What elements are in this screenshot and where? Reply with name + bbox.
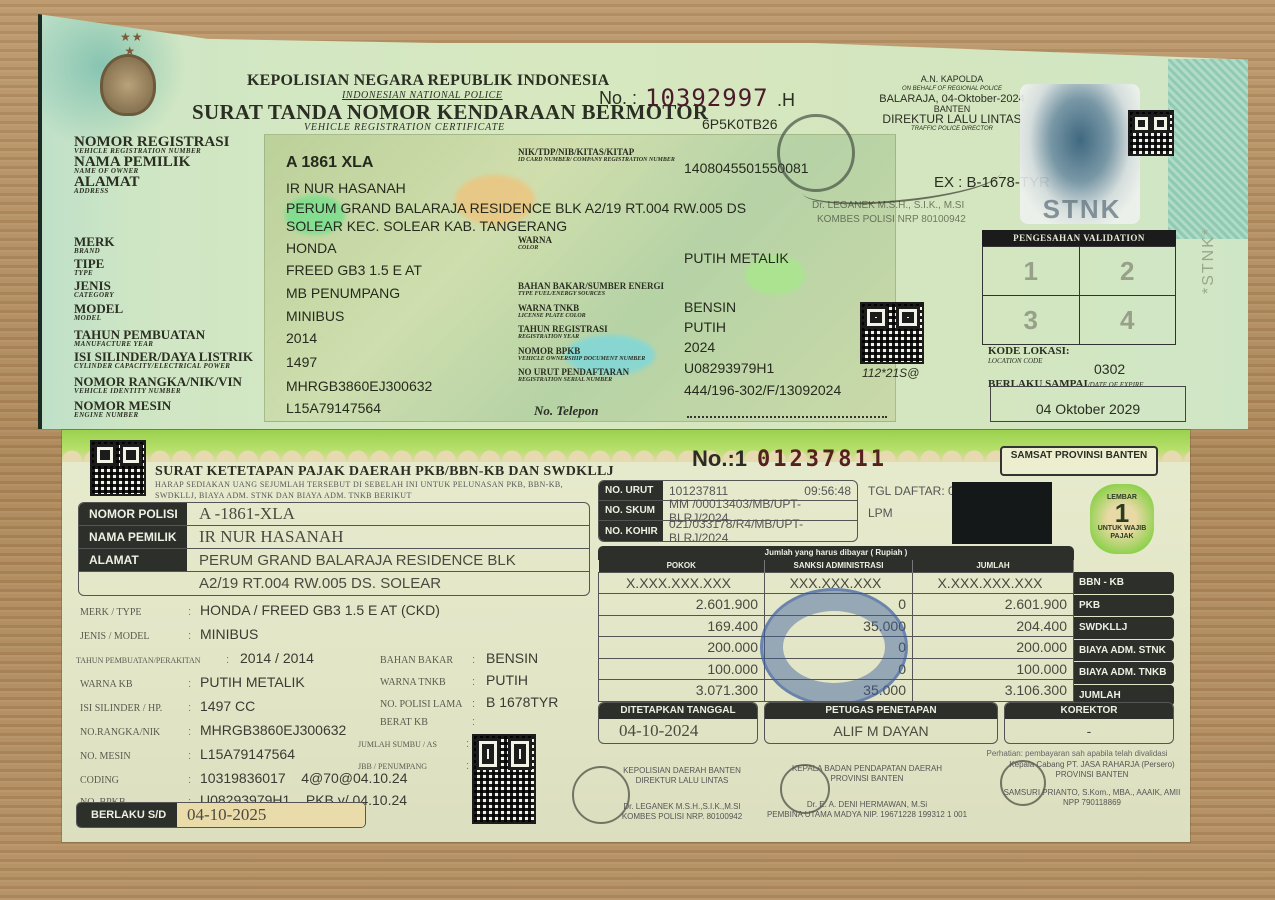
address-line-2: SOLEAR KEC. SOLEAR KAB. TANGERANG bbox=[286, 218, 567, 234]
label-id-number-en: ID CARD NUMBER/ COMPANY REGISTRATION NUM… bbox=[518, 157, 675, 163]
address-label: ALAMAT bbox=[79, 549, 187, 571]
validation-notice: Perhatian: pembayaran sah apabila telah … bbox=[967, 748, 1187, 759]
label-bpkb: NOMOR BPKBVEHICLE OWNERSHIP DOCUMENT NUM… bbox=[518, 347, 645, 362]
table-row: NOMOR POLISIA -1861-XLA bbox=[79, 503, 589, 526]
info-value: 1497 CC bbox=[200, 698, 255, 714]
info-row: BAHAN BAKAR:BENSIN bbox=[380, 650, 538, 666]
table-row: A2/19 RT.004 RW.005 DS. SOLEAR bbox=[79, 572, 589, 595]
phone-label: No. Telepon bbox=[534, 403, 599, 419]
info-value: BENSIN bbox=[486, 650, 538, 666]
amount-pokok: X.XXX.XXX.XXX bbox=[599, 572, 765, 594]
validation-cell: 2 bbox=[1080, 247, 1177, 296]
valid-until-value: 04-10-2025 bbox=[177, 803, 365, 827]
signer-nrp: KOMBES POLISI NRP 80100942 bbox=[817, 214, 966, 225]
label-fuel-text: BAHAN BAKAR/SUMBER ENERGI bbox=[518, 282, 664, 291]
valid-until-label: BERLAKU S/D bbox=[77, 803, 177, 827]
info-row: BERAT KB: bbox=[380, 716, 486, 728]
vin-value: MHRGB3860EJ300632 bbox=[286, 378, 432, 394]
urut-time: 09:56:48 bbox=[804, 484, 851, 498]
skpd-note: HARAP SEDIAKAN UANG SEJUMLAH TERSEBUT DI… bbox=[155, 479, 575, 501]
label-serial-text: NO URUT PENDAFTARAN bbox=[518, 368, 629, 377]
tax-office-stamp-icon bbox=[760, 588, 908, 706]
side-watermark: *STNK* bbox=[1200, 227, 1218, 294]
location-label-text: KODE LOKASI: bbox=[988, 346, 1070, 357]
qr-code-icon bbox=[472, 734, 536, 824]
amount-jumlah: 100.000 bbox=[913, 658, 1074, 680]
copy-badge-bottom: UNTUK WAJIB PAJAK bbox=[1090, 525, 1154, 541]
color-value: PUTIH METALIK bbox=[684, 250, 789, 266]
skpd-title: SURAT KETETAPAN PAJAK DAERAH PKB/BBN-KB … bbox=[155, 464, 614, 480]
signer-id: PEMBINA UTAMA MADYA NIP. 19671228 199312… bbox=[762, 810, 972, 820]
address-value-2: A2/19 RT.004 RW.005 DS. SOLEAR bbox=[187, 572, 589, 595]
label-id-number-text: NIK/TDP/NIB/KITAS/KITAP bbox=[518, 148, 675, 157]
signer-title: PROVINSI BANTEN bbox=[992, 770, 1192, 780]
info-key: NO. POLISI LAMA bbox=[380, 699, 472, 710]
owner-name: IR NUR HASANAH bbox=[286, 180, 406, 196]
plate-value: A -1861-XLA bbox=[187, 503, 589, 525]
fuel-value: BENSIN bbox=[684, 299, 736, 315]
label-category-en: CATEGORY bbox=[74, 292, 114, 299]
info-key: WARNA TNKB bbox=[380, 677, 472, 688]
label-fuel-en: TYPE FUEL/ENERGY SOURCES bbox=[518, 291, 664, 297]
signer-insurance: Kepala Cabang PT. JASA RAHARJA (Persero)… bbox=[992, 760, 1192, 808]
address-line-1: PERUM GRAND BALARAJA RESIDENCE BLK A2/19… bbox=[286, 200, 746, 216]
security-pattern bbox=[1168, 59, 1248, 239]
label-bpkb-en: VEHICLE OWNERSHIP DOCUMENT NUMBER bbox=[518, 356, 645, 362]
col-jumlah: JUMLAH bbox=[913, 560, 1074, 572]
signer-id: KOMBES POLISI NRP. 80100942 bbox=[592, 812, 772, 822]
plate-color-value: PUTIH bbox=[684, 319, 726, 335]
info-row: MERK / TYPE:HONDA / FREED GB3 1.5 E AT (… bbox=[80, 602, 440, 618]
info-value: PUTIH bbox=[486, 672, 528, 688]
brand-value: HONDA bbox=[286, 240, 337, 256]
copy-badge: LEMBAR 1 UNTUK WAJIB PAJAK bbox=[1090, 484, 1154, 554]
info-row: ISI SILINDER / HP.:1497 CC bbox=[80, 698, 255, 714]
owner-label: NAMA PEMILIK bbox=[79, 526, 187, 548]
assessment-footer: DITETAPKAN TANGGAL04-10-2024 PETUGAS PEN… bbox=[598, 702, 1174, 744]
info-value: MHRGB3860EJ300632 bbox=[200, 722, 346, 738]
skpd-number-value: 01237811 bbox=[757, 447, 887, 472]
doc-number-suffix: .H bbox=[777, 90, 795, 111]
label-reg-year-text: TAHUN REGISTRASI bbox=[518, 325, 608, 334]
institution-name: KEPOLISIAN NEGARA REPUBLIK INDONESIA bbox=[247, 72, 609, 90]
owner-value: IR NUR HASANAH bbox=[187, 526, 589, 548]
info-value: L15A79147564 bbox=[200, 746, 295, 762]
phone-dotted-line bbox=[687, 416, 887, 418]
kohir-value: 021/033178/R4/MB/UPT-BLRJ/2024 bbox=[669, 517, 851, 542]
label-plate-color-en: LICENSE PLATE COLOR bbox=[518, 313, 586, 319]
cylinder-value: 1497 bbox=[286, 354, 317, 370]
label-serial-en: REGISTRATION SERIAL NUMBER bbox=[518, 377, 629, 383]
label-cylinder-en: CYLINDER CAPACITY/ELECTRICAL POWER bbox=[74, 363, 253, 370]
info-row: WARNA KB:PUTIH METALIK bbox=[80, 674, 305, 690]
amount-row-label: SWDKLLJ bbox=[1074, 617, 1174, 639]
info-key: WARNA KB bbox=[80, 679, 188, 690]
qr-code-icon bbox=[1128, 110, 1174, 156]
label-vin-en: VEHICLE IDENTITY NUMBER bbox=[74, 388, 242, 395]
info-value: B 1678TYR bbox=[486, 694, 558, 710]
stnk-card: ★★ ★ KEPOLISIAN NEGARA REPUBLIK INDONESI… bbox=[38, 14, 1248, 429]
amount-row-labels: BBN - KBPKBSWDKLLJBIAYA ADM. STNKBIAYA A… bbox=[1074, 572, 1174, 707]
lpm-label: LPM bbox=[868, 506, 893, 520]
on-behalf: A.N. KAPOLDA bbox=[852, 74, 1052, 84]
validation-cell: 3 bbox=[983, 296, 1080, 345]
signer-name: SAMSURI PRIANTO, S.Kom., MBA., AAAIK, AM… bbox=[992, 788, 1192, 798]
label-id-number: NIK/TDP/NIB/KITAS/KITAPID CARD NUMBER/ C… bbox=[518, 148, 675, 163]
assessed-date-value: 04-10-2024 bbox=[599, 719, 757, 743]
info-key: TAHUN PEMBUATAN/PERAKITAN bbox=[76, 656, 226, 665]
info-key: CODING bbox=[80, 775, 188, 786]
kohir-label: NO. KOHIR bbox=[599, 521, 663, 541]
label-year-en: MANUFACTURE YEAR bbox=[74, 341, 205, 348]
amount-jumlah: X.XXX.XXX.XXX bbox=[913, 572, 1074, 594]
number-table: NO. URUT10123781109:56:48 NO. SKUMMM /00… bbox=[598, 480, 858, 542]
validation-header: PENGESAHAN VALIDATION bbox=[982, 230, 1176, 246]
info-row: TAHUN PEMBUATAN/PERAKITAN:2014 / 2014 bbox=[76, 650, 314, 666]
label-color-text: WARNA bbox=[518, 236, 552, 245]
assessor-box: PETUGAS PENETAPANALIF M DAYAN bbox=[764, 702, 998, 744]
assessor-label: PETUGAS PENETAPAN bbox=[765, 703, 997, 719]
amount-title: Jumlah yang harus dibayar ( Rupiah ) bbox=[598, 546, 1074, 560]
signer-title: PROVINSI BANTEN bbox=[762, 774, 972, 784]
table-row: ALAMATPERUM GRAND BALARAJA RESIDENCE BLK bbox=[79, 549, 589, 572]
validation-box: PENGESAHAN VALIDATION 1 2 3 4 bbox=[982, 230, 1176, 345]
serial-value: 444/196-302/F/13092024 bbox=[684, 382, 841, 398]
skpd-number-label: No.:1 bbox=[692, 446, 747, 471]
assessed-date-label: DITETAPKAN TANGGAL bbox=[599, 703, 757, 719]
signer-title: DIREKTUR LALU LINTAS bbox=[592, 776, 772, 786]
type-value: FREED GB3 1.5 E AT bbox=[286, 262, 422, 278]
label-plate-color: WARNA TNKBLICENSE PLATE COLOR bbox=[518, 304, 586, 319]
amount-jumlah: 200.000 bbox=[913, 637, 1074, 659]
signer-revenue: KEPALA BADAN PENDAPATAN DAERAH PROVINSI … bbox=[762, 764, 972, 820]
expire-date: 04 Oktober 2029 bbox=[990, 386, 1186, 422]
label-serial: NO URUT PENDAFTARANREGISTRATION SERIAL N… bbox=[518, 368, 629, 383]
category-value: MB PENUMPANG bbox=[286, 285, 400, 301]
info-key: JENIS / MODEL bbox=[80, 631, 188, 642]
info-key: ISI SILINDER / HP. bbox=[80, 703, 188, 714]
valid-until: BERLAKU S/D 04-10-2025 bbox=[76, 802, 366, 828]
info-value: PUTIH METALIK bbox=[200, 674, 305, 690]
amount-pokok: 169.400 bbox=[599, 615, 765, 637]
corrector-label: KOREKTOR bbox=[1005, 703, 1173, 719]
label-brand-en: BRAND bbox=[74, 248, 114, 255]
col-sanksi: SANKSI ADMINISTRASI bbox=[765, 560, 913, 572]
signer-police: KEPOLISIAN DAERAH BANTEN DIREKTUR LALU L… bbox=[592, 766, 772, 822]
corrector-value: - bbox=[1005, 719, 1173, 743]
label-color: WARNACOLOR bbox=[518, 236, 552, 251]
security-code: 6P5K0TB26 bbox=[702, 116, 778, 132]
redaction-block bbox=[952, 482, 1052, 544]
validation-cell: 1 bbox=[983, 247, 1080, 296]
plate-label: NOMOR POLISI bbox=[79, 503, 187, 525]
amount-row-label: BIAYA ADM. TNKB bbox=[1074, 662, 1174, 684]
engine-value: L15A79147564 bbox=[286, 400, 381, 416]
reg-year-value: 2024 bbox=[684, 339, 715, 355]
urut-label: NO. URUT bbox=[599, 481, 663, 500]
info-key: BERAT KB bbox=[380, 717, 472, 728]
address-label-empty bbox=[79, 572, 187, 595]
amount-pokok: 100.000 bbox=[599, 658, 765, 680]
label-color-en: COLOR bbox=[518, 245, 552, 251]
amount-pokok: 3.071.300 bbox=[599, 680, 765, 702]
label-model-en: MODEL bbox=[74, 315, 123, 322]
address-value-1: PERUM GRAND BALARAJA RESIDENCE BLK bbox=[187, 549, 589, 571]
copy-badge-number: 1 bbox=[1090, 501, 1154, 525]
info-key: MERK / TYPE bbox=[80, 607, 188, 618]
label-bpkb-text: NOMOR BPKB bbox=[518, 347, 645, 356]
info-value: 2014 / 2014 bbox=[240, 650, 314, 666]
skum-label: NO. SKUM bbox=[599, 501, 663, 520]
skpd-card: SURAT KETETAPAN PAJAK DAERAH PKB/BBN-KB … bbox=[62, 430, 1190, 842]
urut-value: 101237811 bbox=[669, 484, 728, 498]
info-key: BAHAN BAKAR bbox=[380, 655, 472, 666]
label-reg-year: TAHUN REGISTRASIREGISTRATION YEAR bbox=[518, 325, 608, 340]
signer-org: Kepala Cabang PT. JASA RAHARJA (Persero) bbox=[992, 760, 1192, 770]
info-value: 10319836017 4@70@04.10.24 bbox=[200, 770, 407, 786]
skpd-number: No.:101237811 bbox=[692, 446, 887, 472]
location-code-label: KODE LOKASI:LOCATION CODE bbox=[988, 346, 1070, 365]
info-key: NO.RANGKA/NIK bbox=[80, 727, 188, 738]
amount-row-label: BBN - KB bbox=[1074, 572, 1174, 594]
info-key: NO. MESIN bbox=[80, 751, 188, 762]
label-reg-year-en: REGISTRATION YEAR bbox=[518, 334, 608, 340]
signer-id: NPP 790118869 bbox=[992, 798, 1192, 808]
location-label-en: LOCATION CODE bbox=[988, 357, 1070, 365]
registration-number: A 1861 XLA bbox=[286, 154, 373, 172]
qr-code-icon bbox=[860, 302, 924, 364]
assessed-date-box: DITETAPKAN TANGGAL04-10-2024 bbox=[598, 702, 758, 744]
document-title-en: VEHICLE REGISTRATION CERTIFICATE bbox=[304, 122, 505, 133]
table-row: NO. KOHIR021/033178/R4/MB/UPT-BLRJ/2024 bbox=[599, 521, 857, 541]
amount-row-label: BIAYA ADM. STNK bbox=[1074, 640, 1174, 662]
info-key: JUMLAH SUMBU / AS bbox=[358, 740, 466, 749]
assessor-value: ALIF M DAYAN bbox=[765, 719, 997, 743]
qr-caption: 112*21S@ bbox=[862, 366, 919, 380]
amount-jumlah: 204.400 bbox=[913, 615, 1074, 637]
col-pokok: POKOK bbox=[599, 560, 765, 572]
signer-org: KEPOLISIAN DAERAH BANTEN bbox=[592, 766, 772, 776]
corrector-box: KOREKTOR- bbox=[1004, 702, 1174, 744]
qr-code-icon bbox=[90, 440, 146, 496]
signer-name: Dr. LEGANEK M.S.H.,S.I.K.,M.SI bbox=[592, 802, 772, 812]
model-value: MINIBUS bbox=[286, 308, 344, 324]
police-emblem-icon bbox=[100, 54, 156, 116]
info-row: NO. POLISI LAMA:B 1678TYR bbox=[380, 694, 558, 710]
info-row: NO.RANGKA/NIK:MHRGB3860EJ300632 bbox=[80, 722, 346, 738]
validation-cell: 4 bbox=[1080, 296, 1177, 345]
year-value: 2014 bbox=[286, 330, 317, 346]
info-row: CODING:10319836017 4@70@04.10.24 bbox=[80, 770, 407, 786]
owner-table: NOMOR POLISIA -1861-XLA NAMA PEMILIKIR N… bbox=[78, 502, 590, 596]
signer-org: KEPALA BADAN PENDAPATAN DAERAH bbox=[762, 764, 972, 774]
info-key: JBB / PENUMPANG bbox=[358, 762, 466, 771]
seal-text: STNK bbox=[1032, 194, 1132, 225]
info-row: JENIS / MODEL:MINIBUS bbox=[80, 626, 258, 642]
label-engine-en: ENGINE NUMBER bbox=[74, 412, 171, 419]
table-row: NAMA PEMILIKIR NUR HASANAH bbox=[79, 526, 589, 549]
amount-row-label: PKB bbox=[1074, 595, 1174, 617]
info-row: JBB / PENUMPANG: bbox=[358, 760, 480, 772]
samsat-badge: SAMSAT PROVINSI BANTEN bbox=[1000, 446, 1158, 476]
doc-number: 10392997 bbox=[645, 84, 769, 112]
info-row: NO. MESIN:L15A79147564 bbox=[80, 746, 295, 762]
info-row: WARNA TNKB:PUTIH bbox=[380, 672, 528, 688]
label-fuel: BAHAN BAKAR/SUMBER ENERGITYPE FUEL/ENERG… bbox=[518, 282, 664, 297]
info-value: HONDA / FREED GB3 1.5 E AT (CKD) bbox=[200, 602, 440, 618]
signer-name: Dr. E. A. DENI HERMAWAN, M.Si bbox=[762, 800, 972, 810]
doc-number-label: No. : bbox=[599, 88, 637, 109]
info-row: JUMLAH SUMBU / AS: bbox=[358, 738, 480, 750]
signer-name: Dr. LEGANEK M.S.H., S.I.K., M.SI bbox=[812, 200, 964, 211]
amount-pokok: 2.601.900 bbox=[599, 594, 765, 616]
amount-jumlah: 3.106.300 bbox=[913, 680, 1074, 702]
bpkb-value: U08293979H1 bbox=[684, 360, 774, 376]
label-plate-color-text: WARNA TNKB bbox=[518, 304, 586, 313]
info-value: MINIBUS bbox=[200, 626, 258, 642]
amount-pokok: 200.000 bbox=[599, 637, 765, 659]
amount-jumlah: 2.601.900 bbox=[913, 594, 1074, 616]
label-type-en: TYPE bbox=[74, 270, 104, 277]
